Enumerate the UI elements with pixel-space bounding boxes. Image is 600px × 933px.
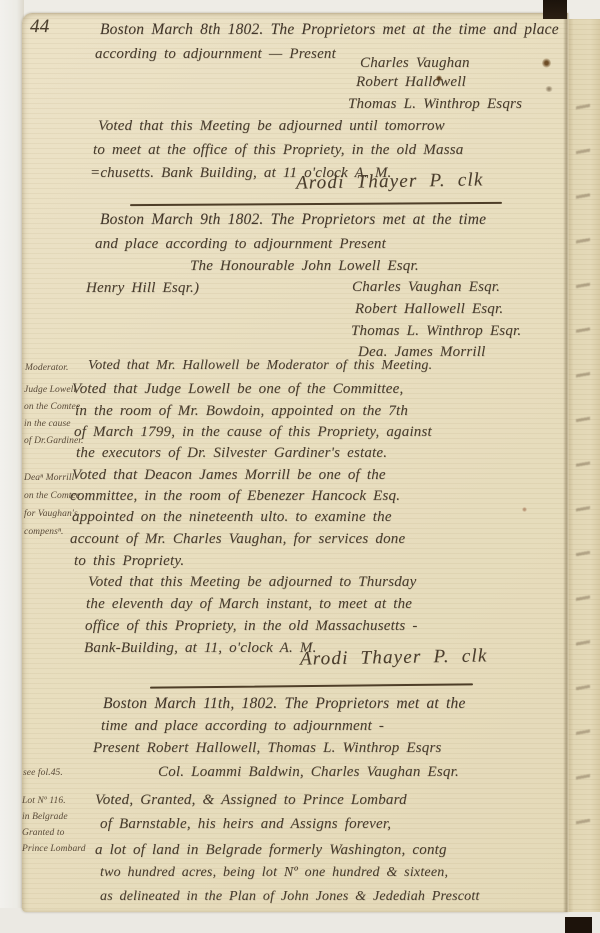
vote-line: committee, in the room of Ebenezer Hanco…	[70, 488, 400, 505]
manuscript-line: time and place according to adjournment …	[101, 718, 384, 735]
manuscript-line: to meet at the office of this Propriety,…	[93, 142, 463, 159]
attendee-name: Robert Hallowell	[356, 74, 466, 91]
vote-line: Voted that Deacon James Morrill be one o…	[72, 467, 386, 484]
attendee-name: The Honourable John Lowell Esqr.	[190, 258, 419, 275]
bookmark-ribbon-top	[543, 0, 567, 19]
attendee-name: Charles Vaughan Esqr.	[352, 279, 500, 296]
vote-line: to this Propriety.	[74, 553, 184, 570]
entry-heading: Boston March 8th 1802. The Proprietors m…	[100, 21, 559, 39]
vote-line: Voted, Granted, & Assigned to Prince Lom…	[95, 792, 407, 809]
vote-line: in the room of Mr. Bowdoin, appointed on…	[75, 403, 408, 420]
clerk-signature: Arodi Thayer P. clk	[296, 169, 484, 194]
vote-line: appointed on the nineteenth ulto. to exa…	[72, 509, 392, 526]
section-divider-rule	[130, 202, 502, 206]
vote-line: Bank-Building, at 11, o'clock A. M.	[84, 640, 317, 657]
attendee-name: Col. Loammi Baldwin, Charles Vaughan Esq…	[158, 764, 459, 781]
clerk-signature: Arodi Thayer P. clk	[300, 645, 488, 670]
vote-line: two hundred acres, being lot Nº one hund…	[100, 865, 448, 881]
entry-heading: Boston March 9th 1802. The Proprietors m…	[100, 211, 486, 229]
margin-note-moderator: Moderator.	[25, 360, 69, 377]
attendee-name: Henry Hill Esqr.)	[86, 280, 199, 297]
paper-stain	[545, 86, 553, 92]
manuscript-line: Voted that this Meeting be adjourned unt…	[98, 118, 445, 135]
vote-line: Voted that this Meeting be adjourned to …	[88, 574, 417, 591]
scan-background-left	[0, 0, 24, 933]
vote-line: as delineated in the Plan of John Jones …	[100, 889, 480, 905]
manuscript-line: according to adjournment — Present	[95, 46, 336, 63]
bleed-through-marks	[576, 80, 590, 840]
vote-line: of March 1799, in the cause of this Prop…	[74, 424, 432, 441]
manuscript-line: and place according to adjournment Prese…	[95, 236, 386, 253]
vote-line: the eleventh day of March instant, to me…	[86, 596, 412, 613]
page-crease	[563, 13, 569, 912]
manuscript-page: 44 Boston March 8th 1802. The Proprietor…	[22, 13, 568, 912]
vote-line: a lot of land in Belgrade formerly Washi…	[95, 842, 447, 859]
vote-line: of Barnstable, his heirs and Assigns for…	[100, 816, 391, 833]
manuscript-line: Present Robert Hallowell, Thomas L. Wint…	[93, 740, 442, 757]
margin-note-folio-ref: see fol.45.	[23, 765, 63, 782]
section-divider-rule	[150, 683, 473, 688]
vote-line: Voted that Judge Lowell be one of the Co…	[72, 381, 403, 398]
vote-line: account of Mr. Charles Vaughan, for serv…	[70, 531, 405, 548]
paper-speck	[522, 507, 527, 512]
attendee-name: Thomas L. Winthrop Esqr.	[351, 323, 521, 340]
attendee-name: Thomas L. Winthrop Esqrs	[348, 96, 522, 113]
ink-blot	[436, 75, 442, 82]
bookmark-ribbon-bottom	[565, 917, 592, 933]
vote-line: office of this Propriety, in the old Mas…	[85, 618, 418, 635]
vote-line: Voted that Mr. Hallowell be Moderator of…	[88, 358, 432, 374]
attendee-name: Robert Hallowell Esqr.	[355, 301, 503, 318]
attendee-name: Charles Vaughan	[360, 55, 470, 72]
entry-heading: Boston March 11th, 1802. The Proprietors…	[103, 695, 466, 713]
vote-line: the executors of Dr. Silvester Gardiner'…	[76, 445, 387, 462]
paper-stain	[542, 58, 551, 68]
page-number: 44	[30, 16, 49, 38]
margin-note-lot-grant: Lot Nº 116. in Belgrade Granted to Princ…	[22, 793, 86, 857]
